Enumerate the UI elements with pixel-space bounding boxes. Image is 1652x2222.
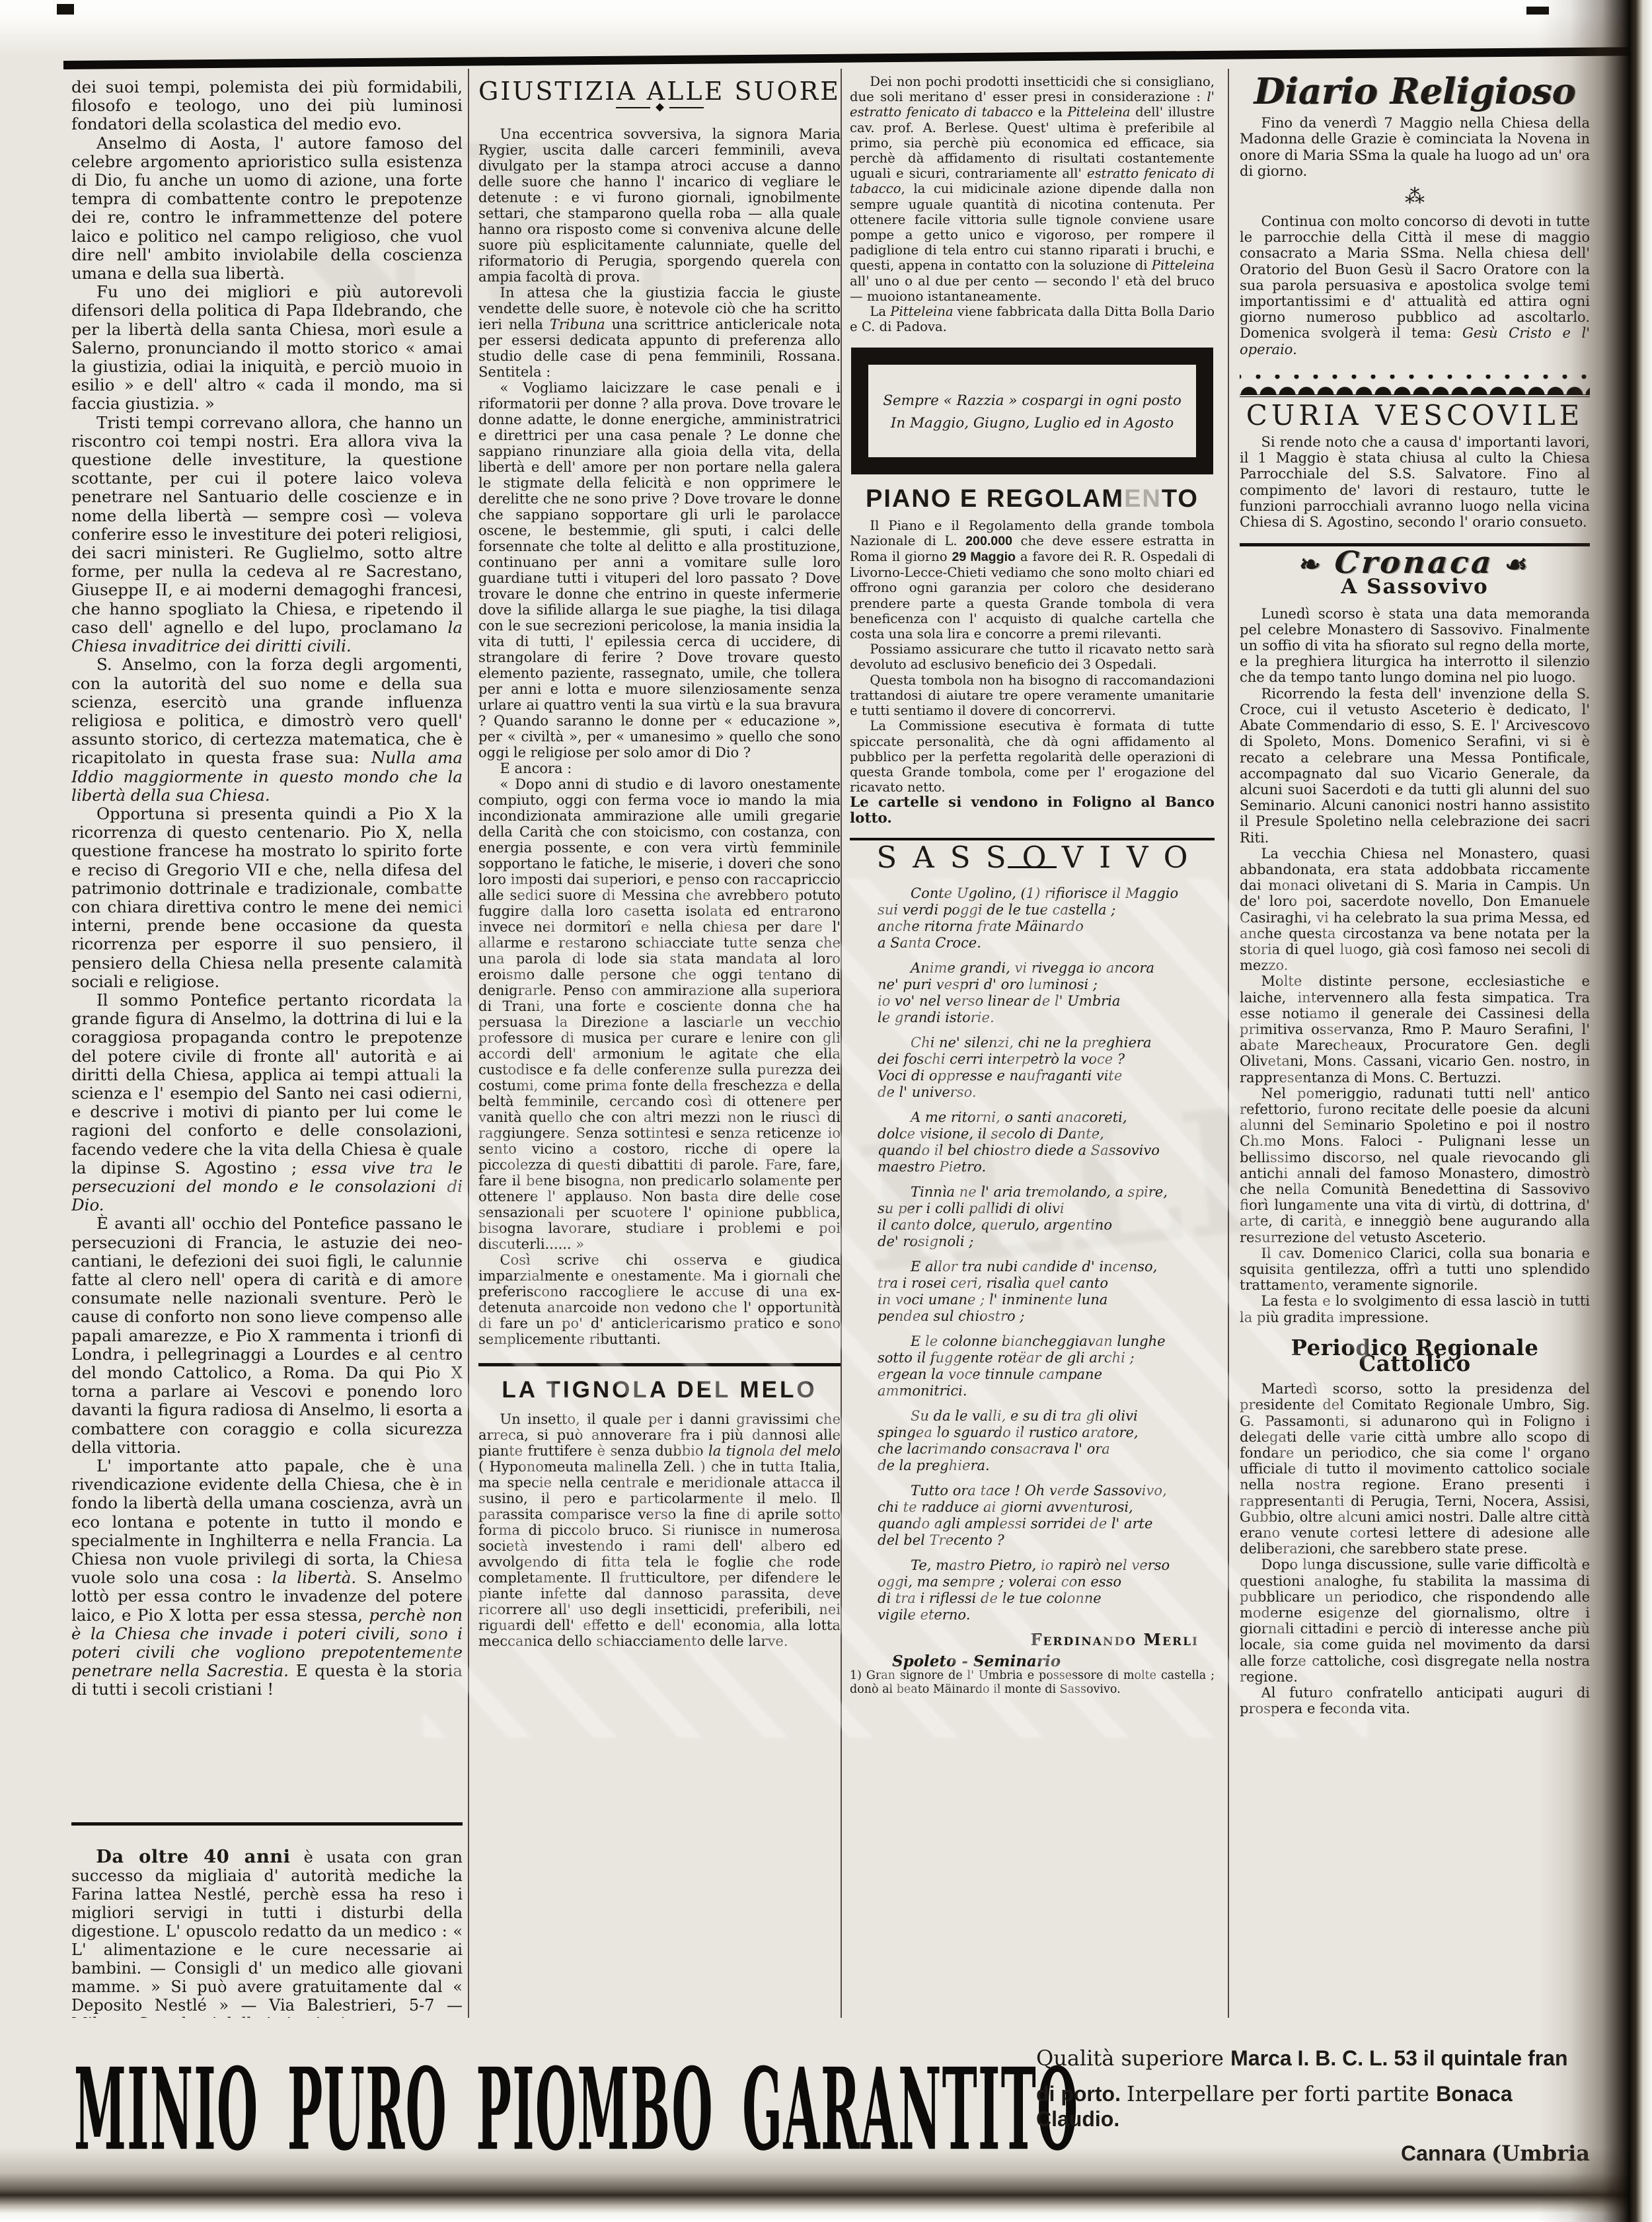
section-title-cronaca: Cronaca <box>1240 554 1590 572</box>
paragraph: S. Anselmo, con la forza degli argomenti… <box>71 655 463 805</box>
paragraph: Una eccentrica sovversiva, la signora Ma… <box>478 126 841 285</box>
paragraph: In attesa che la giustizia faccia le giu… <box>478 285 841 380</box>
nestle-advertisement: Da oltre 40 anni è usata con gran succes… <box>71 1847 463 2018</box>
asterism-divider-icon: ⁂ <box>1240 186 1590 208</box>
ad-line: Cannara (Umbria <box>1036 2141 1590 2166</box>
paragraph: Dopo lunga discussione, sulle varie diff… <box>1240 1557 1590 1685</box>
paragraph: La vecchia Chiesa nel Monastero, quasi a… <box>1240 846 1590 974</box>
paragraph: « Dopo anni di studio e di lavoro onesta… <box>478 776 841 1252</box>
paragraph: Opportuna si presenta quindi a Pio X la … <box>71 805 463 991</box>
ad-line: di porto. Interpellare per forti partite… <box>1036 2081 1598 2131</box>
paragraph: Così scrive chi osserva e giudica imparz… <box>478 1252 841 1347</box>
paragraph: « Vogliamo laicizzare le case penali e i… <box>478 380 841 760</box>
minio-display-advertisement: MINIO PURO PIOMBO GARANTITO <box>74 2018 706 2222</box>
article-title-giustizia: GIUSTIZIA ALLE SUORE <box>478 83 841 99</box>
paragraph: Tristi tempi correvano allora, che hanno… <box>71 414 463 656</box>
paragraph: Un insetto, il quale per i danni graviss… <box>478 1411 841 1649</box>
poem-place-line: Spoleto - Seminario <box>892 1654 1215 1669</box>
paragraph: Fino da venerdì 7 Maggio nella Chiesa de… <box>1240 115 1590 179</box>
razzia-boxed-advertisement: Sempre « Razzia » cospargi in ogni posto… <box>851 348 1213 474</box>
poem-stanza: Su da le valli, e su di tra gli olivispi… <box>850 1408 1215 1474</box>
section-rule <box>478 1363 841 1366</box>
section-title-diario-religioso: Diario Religioso <box>1240 83 1590 99</box>
paragraph: Il Piano e il Regolamento della grande t… <box>850 518 1215 642</box>
poem-stanza: Anime grandi, vi rivegga io ancorane' pu… <box>850 960 1215 1026</box>
poem-stanza: Chi ne' silenzi, chi ne la preghieradei … <box>850 1035 1215 1101</box>
scan-artifact <box>57 4 74 15</box>
minio-ad-details: Qualità superiore Marca I. B. C. L. 53 i… <box>1036 2046 1598 2166</box>
paragraph: Molte distinte persone, ecclesiastiche e… <box>1240 973 1590 1085</box>
poem-title-sassovivo: SASSOVIVO <box>850 850 1215 865</box>
article-anselmo-column: dei suoi tempi, polemista dei più formid… <box>71 78 463 1809</box>
poem-stanza: E le colonne biancheggiavan lunghesotto … <box>850 1333 1215 1399</box>
article-title-tignola: LA TIGNOLA DEL MELO <box>478 1382 841 1398</box>
article-giustizia-column: GIUSTIZIA ALLE SUORE Una eccentrica sovv… <box>478 74 841 2022</box>
newspaper-page-scan: NU ILLI dei suoi tempi, polemista dei pi… <box>0 0 1652 2222</box>
paragraph: Lunedì scorso è stata una data memoranda… <box>1240 606 1590 686</box>
poem-stanza: Tutto ora tace ! Oh verde Sassovivo,chi … <box>850 1483 1215 1549</box>
poem-stanza: Conte Ugolino, (1) rifiorisce il Maggios… <box>850 885 1215 951</box>
paragraph: dei suoi tempi, polemista dei più formid… <box>71 78 463 134</box>
column-separator <box>468 69 469 2018</box>
ornament-bar <box>616 107 650 108</box>
subsection-title-a-sassovivo: A Sassovivo <box>1240 579 1590 595</box>
poem-footnote: 1) Gran signore de l' Umbria e possessor… <box>850 1669 1215 1696</box>
paragraph: Continua con molto concorso di devoti in… <box>1240 213 1590 357</box>
ad-line: Qualità superiore Marca I. B. C. L. 53 i… <box>1036 2046 1598 2071</box>
paragraph: Il sommo Pontefice pertanto ricordata la… <box>71 991 463 1214</box>
section-rule <box>71 1822 463 1826</box>
paragraph: Questa tombola non ha bisogno di raccoma… <box>850 673 1215 719</box>
paragraph: Anselmo di Aosta, l' autore famoso del c… <box>71 134 463 283</box>
ad-line: In Maggio, Giugno, Luglio ed in Agosto <box>875 415 1189 432</box>
tombola-sale-notice: Le cartelle si vendono in Foligno al Ban… <box>850 795 1215 825</box>
poem-stanza: A me ritorni, o santi anacoreti,dolce vi… <box>850 1109 1215 1175</box>
paragraph: Dei non pochi prodotti insetticidi che s… <box>850 74 1215 304</box>
decorative-lace-border <box>1240 375 1590 397</box>
column-separator <box>841 69 842 2018</box>
article-insetticidi-column: Dei non pochi prodotti insetticidi che s… <box>850 74 1215 2023</box>
paragraph: E ancora : <box>478 760 841 776</box>
ornament-bar <box>669 107 704 108</box>
poem-stanza: Te, mastro Pietro, io rapirò nel versoog… <box>850 1557 1215 1623</box>
paragraph: Martedì scorso, sotto la presidenza del … <box>1240 1381 1590 1557</box>
paragraph: La Commissione esecutiva è formata di tu… <box>850 718 1215 795</box>
paragraph: Possiamo assicurare che tutto il ricavat… <box>850 642 1215 672</box>
paragraph: Al futuro confratello anticipati auguri … <box>1240 1685 1590 1717</box>
paragraph: Ricorrendo la festa dell' invenzione del… <box>1240 686 1590 846</box>
paragraph: La festa e lo svolgimento di essa lasciò… <box>1240 1293 1590 1325</box>
article-title-piano-regolamento: PIANO E REGOLAMENTO <box>850 492 1215 507</box>
poem-stanza: E allor tra nubi candide d' incenso,tra … <box>850 1259 1215 1325</box>
paragraph: L' importante atto papale, che è una riv… <box>71 1457 463 1699</box>
paragraph: È avanti all' occhio del Pontefice passa… <box>71 1214 463 1457</box>
column-separator <box>1228 69 1229 2018</box>
paragraph: Il cav. Domenico Clarici, colla sua bona… <box>1240 1245 1590 1294</box>
poem-stanza: Tinnìa ne l' aria tremolando, a spire,su… <box>850 1184 1215 1250</box>
paragraph: Fu uno dei migliori e più autorevoli dif… <box>71 283 463 413</box>
scan-artifact <box>1526 7 1549 15</box>
ad-line: Sempre « Razzia » cospargi in ogni posto <box>875 392 1189 410</box>
subsection-title-periodico: Periodico Regionale Cattolico <box>1240 1340 1590 1372</box>
ad-text: Da oltre 40 anni è usata con gran succes… <box>71 1847 463 2018</box>
paragraph: Nel pomeriggio, radunati tutti nell' ant… <box>1240 1086 1590 1245</box>
paragraph: La Pitteleina viene fabbricata dalla Dit… <box>850 304 1215 334</box>
poem-author-signature: Ferdinando Merli <box>850 1632 1199 1647</box>
section-title-curia-vescovile: CURIA VESCOVILE <box>1240 408 1590 424</box>
diario-religioso-column: Diario Religioso Fino da venerdì 7 Maggi… <box>1240 74 1590 2028</box>
paragraph: Si rende noto che a causa d' importanti … <box>1240 434 1590 530</box>
